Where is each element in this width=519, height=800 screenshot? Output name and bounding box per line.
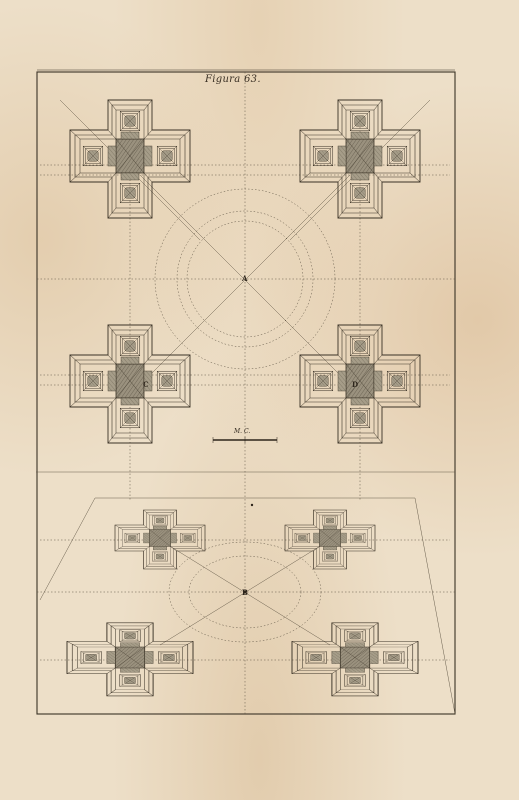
label-c: C [143,380,149,389]
architectural-plate [0,0,519,800]
label-a: A [242,274,247,283]
label-d: D [352,380,358,389]
label-b: B [242,588,248,597]
engraving-page: Figura 63. A B C D M. C. [0,0,519,800]
scale-label: M. C. [234,428,250,435]
figure-caption: Figura 63. [205,74,261,85]
